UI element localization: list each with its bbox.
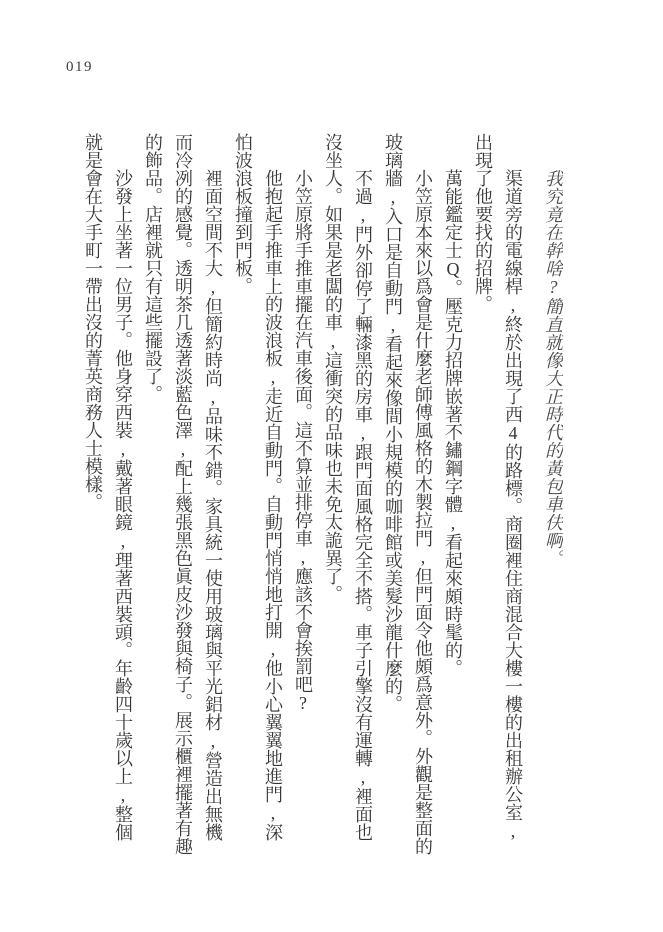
- page-number: 019: [66, 59, 93, 76]
- paragraph: 不過,門外卻停了輛漆黑的房車,跟門面風格完全不搭。車子引擎沒有運轉,裡面也沒坐人…: [318, 133, 378, 857]
- paragraph-inner-monologue: 我究竟在幹啥?簡直就像大正時代的黃包車伕啊。: [538, 133, 568, 857]
- book-page: 019 我究竟在幹啥?簡直就像大正時代的黃包車伕啊。渠道旁的電線桿,終於出現了西…: [0, 0, 663, 932]
- paragraph: 裡面空間不大,但簡約時尚,品味不錯。家具統一使用玻璃與平光鋁材,營造出無機而冷冽…: [138, 133, 228, 857]
- paragraph: 他抱起手推車上的波浪板,走近自動門。自動門悄悄地打開,他小心翼翼地進門,深怕波浪…: [228, 133, 288, 857]
- body-text: 我究竟在幹啥?簡直就像大正時代的黃包車伕啊。渠道旁的電線桿,終於出現了西4的路標…: [78, 133, 568, 857]
- paragraph: 渠道旁的電線桿,終於出現了西4的路標。商圈裡住商混合大樓一樓的出租辦公室,出現了…: [468, 133, 528, 857]
- paragraph: 沙發上坐著一位男子。他身穿西裝,戴著眼鏡,理著西裝頭。年齡四十歲以上,整個就是會…: [78, 133, 138, 857]
- paragraph: 萬能鑑定士Q。壓克力招牌嵌著不鏽鋼字體,看起來頗時髦的。: [438, 133, 468, 857]
- paragraph: 小笠原將手推車擺在汽車後面。這不算並排停車,應該不會挨罰吧?: [288, 133, 318, 857]
- paragraph: 小笠原本來以爲會是什麼老師傅風格的木製拉門,但門面令他頗爲意外。外觀是整面的玻璃…: [378, 133, 438, 857]
